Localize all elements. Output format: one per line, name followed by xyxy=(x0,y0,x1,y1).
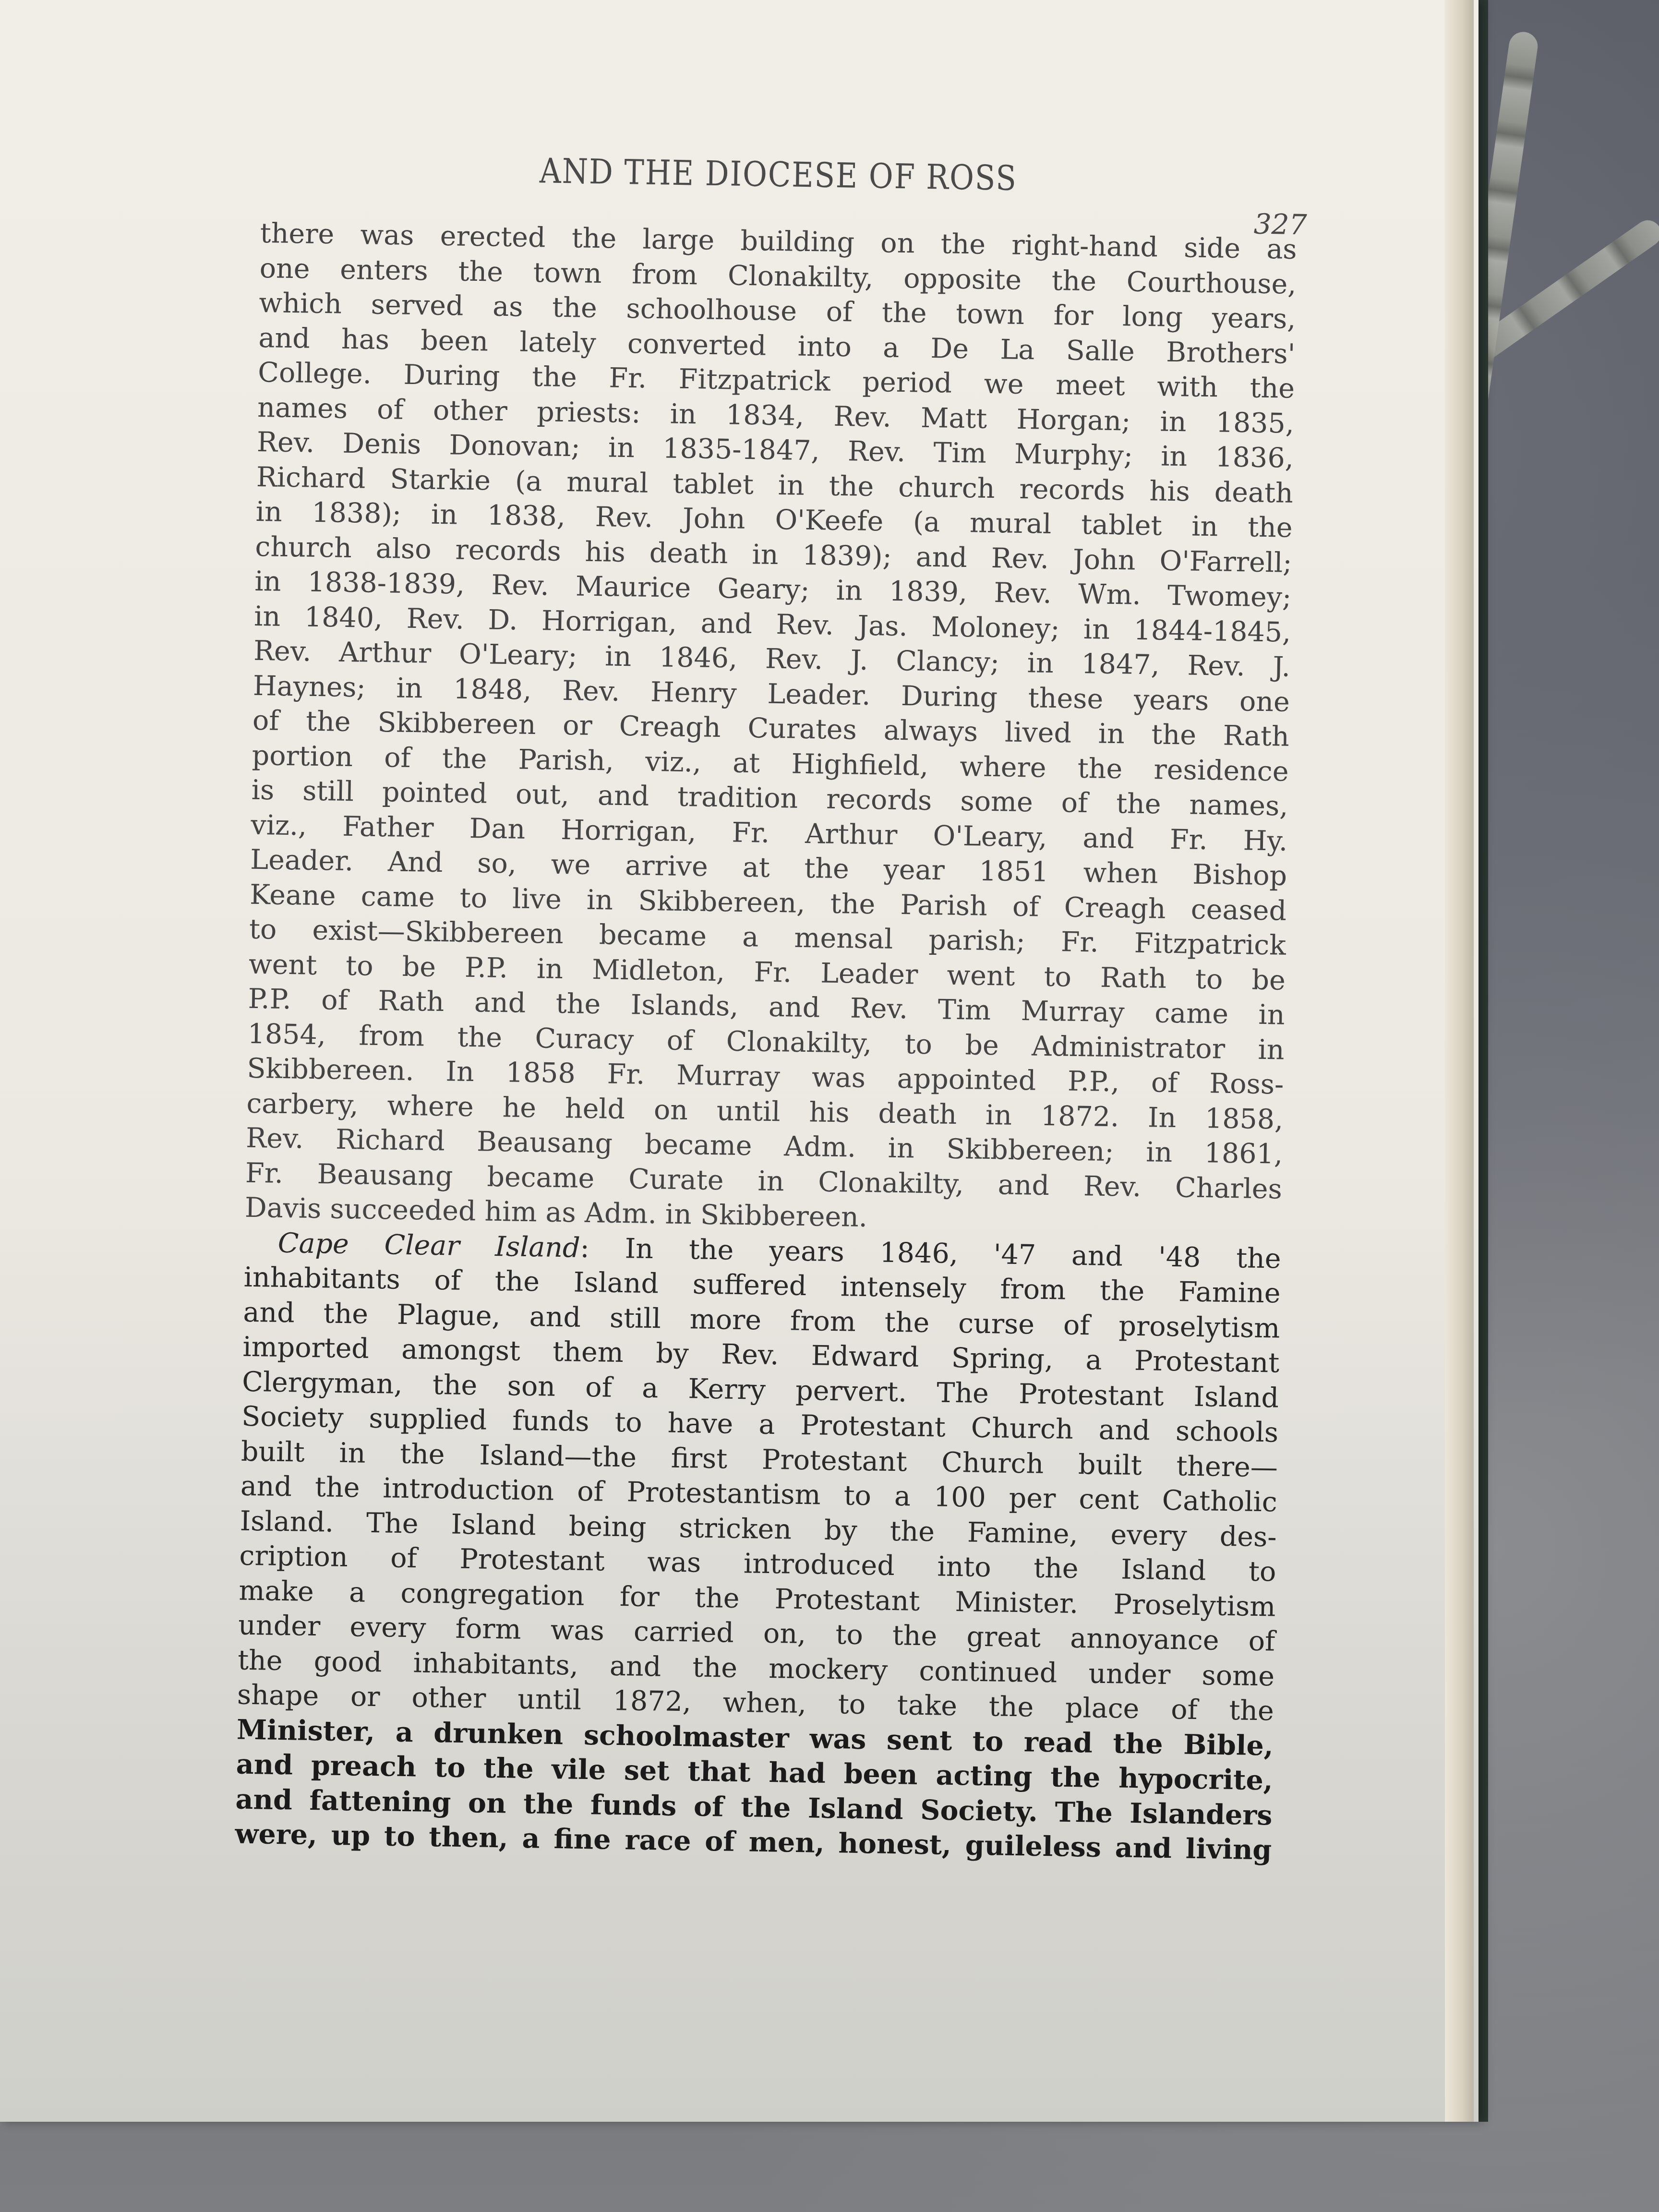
paragraph-2: Cape Clear Island: In the years 1846, '4… xyxy=(235,1225,1281,1868)
page-number: 327 xyxy=(1253,207,1307,241)
section-lead-in: Cape Clear Island xyxy=(277,1227,580,1263)
page-stack-edge xyxy=(1445,0,1474,2122)
running-head: AND THE DIOCESE OF ROSS 327 xyxy=(261,139,1298,213)
running-title: AND THE DIOCESE OF ROSS xyxy=(539,151,1017,199)
page-text-block: AND THE DIOCESE OF ROSS 327 there was er… xyxy=(235,139,1298,1868)
book-page: AND THE DIOCESE OF ROSS 327 there was er… xyxy=(0,0,1479,2122)
paragraph-1: there was erected the large building on … xyxy=(244,216,1297,1241)
